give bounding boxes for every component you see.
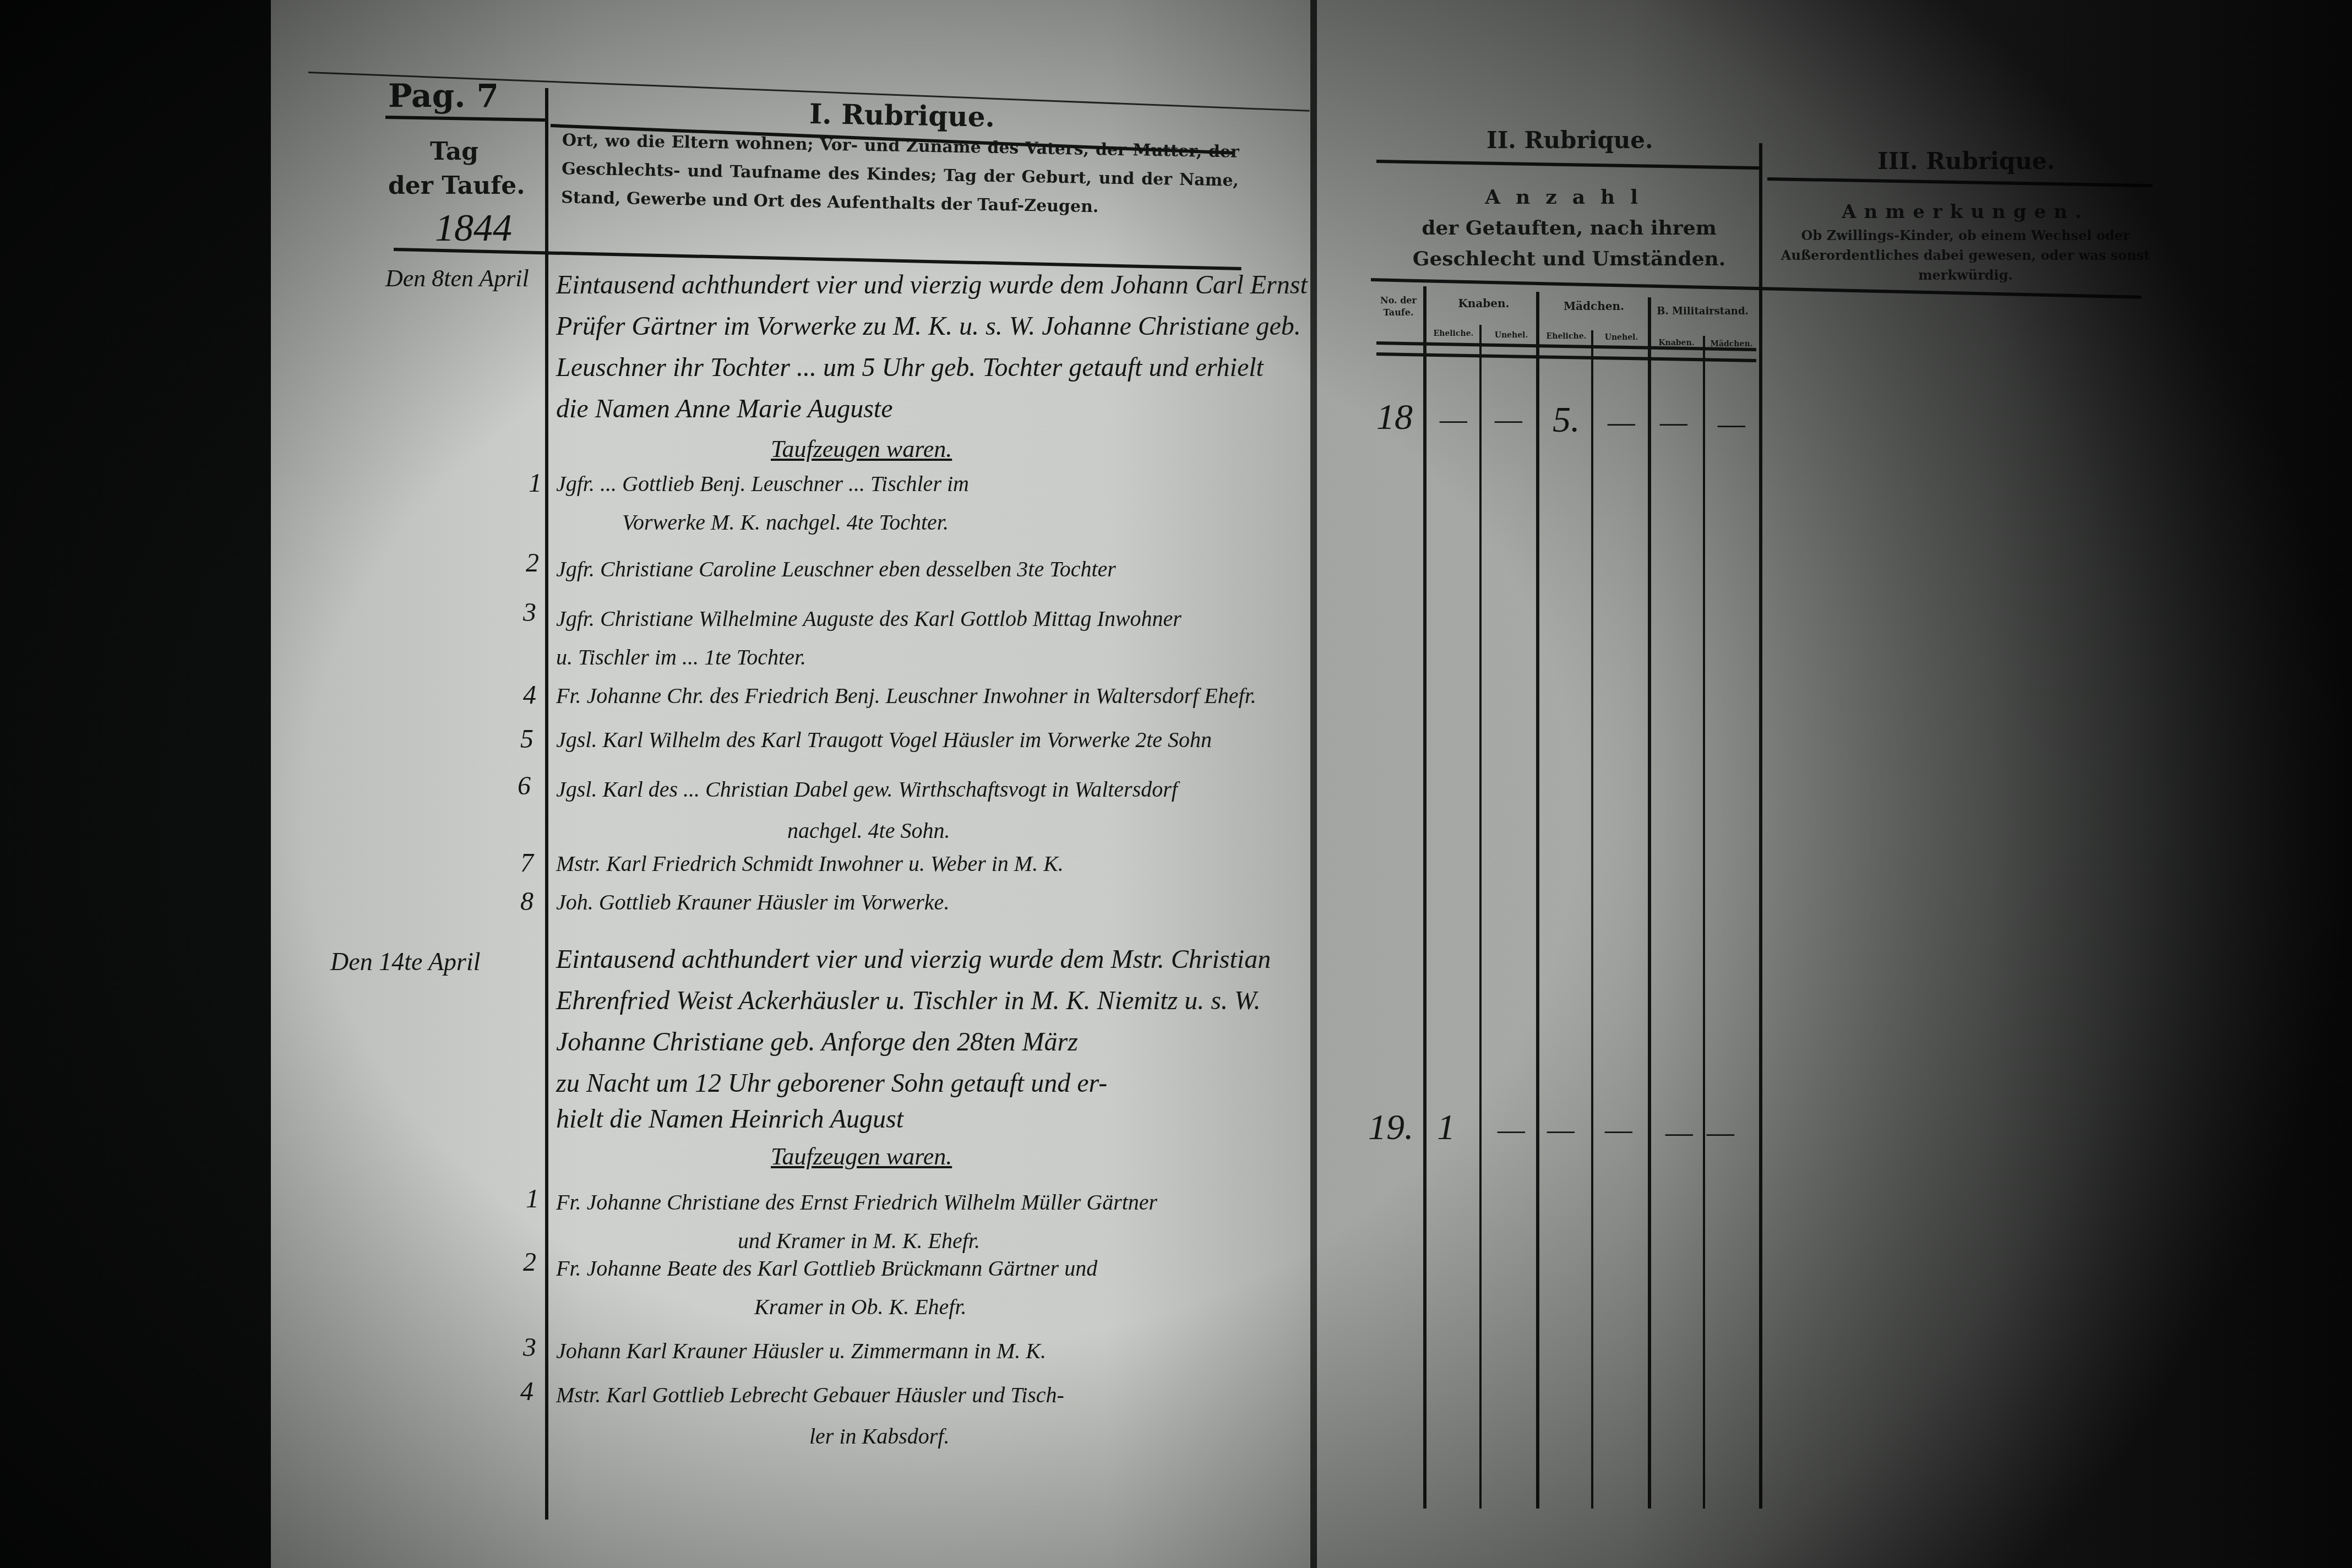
entry-2-line: Johanne Christiane geb. Anforge den 28te… (556, 1027, 1078, 1057)
subheader-maedchen: Mädchen. (1542, 300, 1646, 312)
column-divider (1759, 143, 1762, 1509)
rubrique-2-header: Anzahl der Getauften, nach ihrem Geschle… (1376, 182, 1762, 274)
entry-1-date: Den 8ten April (385, 264, 529, 292)
subheader-militair: B. Militairstand. (1649, 306, 1756, 318)
subheader-mil-maedchen: Mädchen. (1704, 338, 1759, 350)
sponsor-number: 8 (520, 886, 533, 917)
entry-1-line: Leuschner ihr Tochter ... um 5 Uhr geb. … (556, 352, 1264, 383)
register-year: 1844 (435, 206, 512, 251)
column-divider (1591, 330, 1593, 1509)
sponsor-number: 1 (526, 1184, 539, 1214)
sponsor-line: Jgfr. ... Gottlieb Benj. Leuschner ... T… (556, 471, 969, 497)
sponsor-number: 4 (520, 1376, 533, 1407)
count-maedchen-unehel: — (1608, 405, 1635, 440)
rubrique-3-header: Anmerkungen. Ob Zwillings-Kinder, ob ein… (1773, 198, 2158, 285)
rubrique-3-title: III. Rubrique. (1877, 148, 2055, 175)
count-mil-knaben: — (1660, 405, 1687, 440)
anzahl-heading: Anzahl (1376, 182, 1762, 213)
subheader-ehel: Eheliche. (1426, 328, 1481, 340)
entry-2-sponsors-heading: Taufzeugen waren. (771, 1142, 952, 1170)
rubrique-1-title: I. Rubrique. (809, 97, 995, 133)
sponsor-number: 4 (523, 680, 536, 710)
count-knaben-ehel: — (1440, 402, 1467, 437)
anzahl-description: der Getauften, nach ihrem Geschlecht und… (1376, 213, 1762, 274)
sponsor-number: 7 (520, 848, 533, 878)
sponsor-number: 3 (523, 1332, 536, 1363)
anmerkungen-heading: Anmerkungen. (1773, 198, 2158, 226)
sponsor-line: Fr. Johanne Beate des Karl Gottlieb Brüc… (556, 1255, 1097, 1281)
sponsor-line: nachgel. 4te Sohn. (787, 818, 950, 843)
sponsor-number: 1 (529, 468, 542, 498)
count-mil-maedchen: — (1707, 1115, 1734, 1150)
subheader-mil-knaben: Knaben. (1649, 337, 1704, 349)
sponsor-number: 5 (520, 724, 533, 754)
count-knaben-ehel: 1 (1437, 1107, 1455, 1148)
count-knaben-unehel: — (1495, 402, 1522, 437)
sponsor-number: 2 (526, 548, 539, 578)
anmerkungen-description: Ob Zwillings-Kinder, ob einem Wechsel od… (1773, 226, 2158, 285)
entry-1-sponsors-heading: Taufzeugen waren. (771, 435, 952, 463)
sponsor-line: Jgsl. Karl des ... Christian Dabel gew. … (556, 776, 1178, 802)
subheader-ehel: Eheliche. (1539, 330, 1594, 342)
sponsor-line: Joh. Gottlieb Krauner Häusler im Vorwerk… (556, 889, 949, 915)
sponsor-line: Kramer in Ob. K. Ehefr. (754, 1294, 967, 1320)
entry-2-line: hielt die Namen Heinrich August (556, 1104, 903, 1134)
count-no: 18 (1376, 396, 1413, 438)
sponsor-line: Jgsl. Karl Wilhelm des Karl Traugott Vog… (556, 727, 1212, 753)
sponsor-number: 3 (523, 597, 536, 628)
sponsor-number: 6 (518, 771, 531, 801)
count-maedchen-ehel: — (1547, 1112, 1575, 1147)
count-mil-knaben: — (1665, 1115, 1693, 1150)
date-header-line2: der Taufe. (388, 169, 520, 203)
sponsor-line: und Kramer in M. K. Ehefr. (738, 1228, 980, 1254)
count-mil-maedchen: — (1718, 406, 1745, 442)
subheader-unehel: Unehel. (1484, 329, 1539, 341)
sponsor-line: Mstr. Karl Friedrich Schmidt Inwohner u.… (556, 851, 1064, 876)
sponsor-line: Fr. Johanne Christiane des Ernst Friedri… (556, 1189, 1157, 1215)
count-no: 19. (1368, 1107, 1414, 1148)
entry-2-line: zu Nacht um 12 Uhr geborener Sohn getauf… (556, 1068, 1107, 1098)
sponsor-line: Jgfr. Christiane Caroline Leuschner eben… (556, 556, 1116, 582)
rubrique-2-title: II. Rubrique. (1487, 127, 1653, 154)
subheader-no: No. der Taufe. (1379, 295, 1418, 319)
entry-1-line: Eintausend achthundert vier und vierzig … (556, 270, 1308, 300)
sponsor-line: Mstr. Karl Gottlieb Lebrecht Gebauer Häu… (556, 1382, 1064, 1408)
column-divider (1423, 286, 1427, 1509)
count-knaben-unehel: — (1498, 1112, 1525, 1147)
date-header-line1: Tag (388, 135, 520, 169)
column-divider (1648, 297, 1651, 1509)
sponsor-line: Vorwerke M. K. nachgel. 4te Tochter. (622, 509, 949, 535)
subheader-unehel: Unehel. (1594, 331, 1649, 344)
subheader-knaben: Knaben. (1429, 297, 1539, 309)
book-gutter (1310, 0, 1317, 1568)
count-maedchen-ehel: 5. (1553, 399, 1580, 441)
entry-2-line: Ehrenfried Weist Ackerhäusler u. Tischle… (556, 986, 1261, 1016)
sponsor-line: Jgfr. Christiane Wilhelmine Auguste des … (556, 606, 1182, 631)
sponsor-number: 2 (523, 1247, 536, 1277)
entry-1-line: Prüfer Gärtner im Vorwerke zu M. K. u. s… (556, 311, 1301, 341)
column-divider (1536, 292, 1539, 1509)
page-label: Pag. 7 (388, 77, 499, 115)
entry-1-line: die Namen Anne Marie Auguste (556, 394, 892, 424)
sponsor-line: Fr. Johanne Chr. des Friedrich Benj. Leu… (556, 683, 1256, 709)
column-divider (1703, 336, 1705, 1509)
sponsor-line: Johann Karl Krauner Häusler u. Zimmerman… (556, 1338, 1046, 1364)
sponsor-line: u. Tischler im ... 1te Tochter. (556, 644, 806, 670)
column-divider (545, 88, 548, 1520)
entry-2-line: Eintausend achthundert vier und vierzig … (556, 944, 1271, 974)
column-divider (1479, 325, 1482, 1509)
entry-2-date: Den 14te April (330, 947, 481, 976)
count-maedchen-unehel: — (1605, 1112, 1632, 1147)
date-column-header: Tag der Taufe. (388, 135, 520, 203)
sponsor-line: ler in Kabsdorf. (809, 1423, 949, 1449)
